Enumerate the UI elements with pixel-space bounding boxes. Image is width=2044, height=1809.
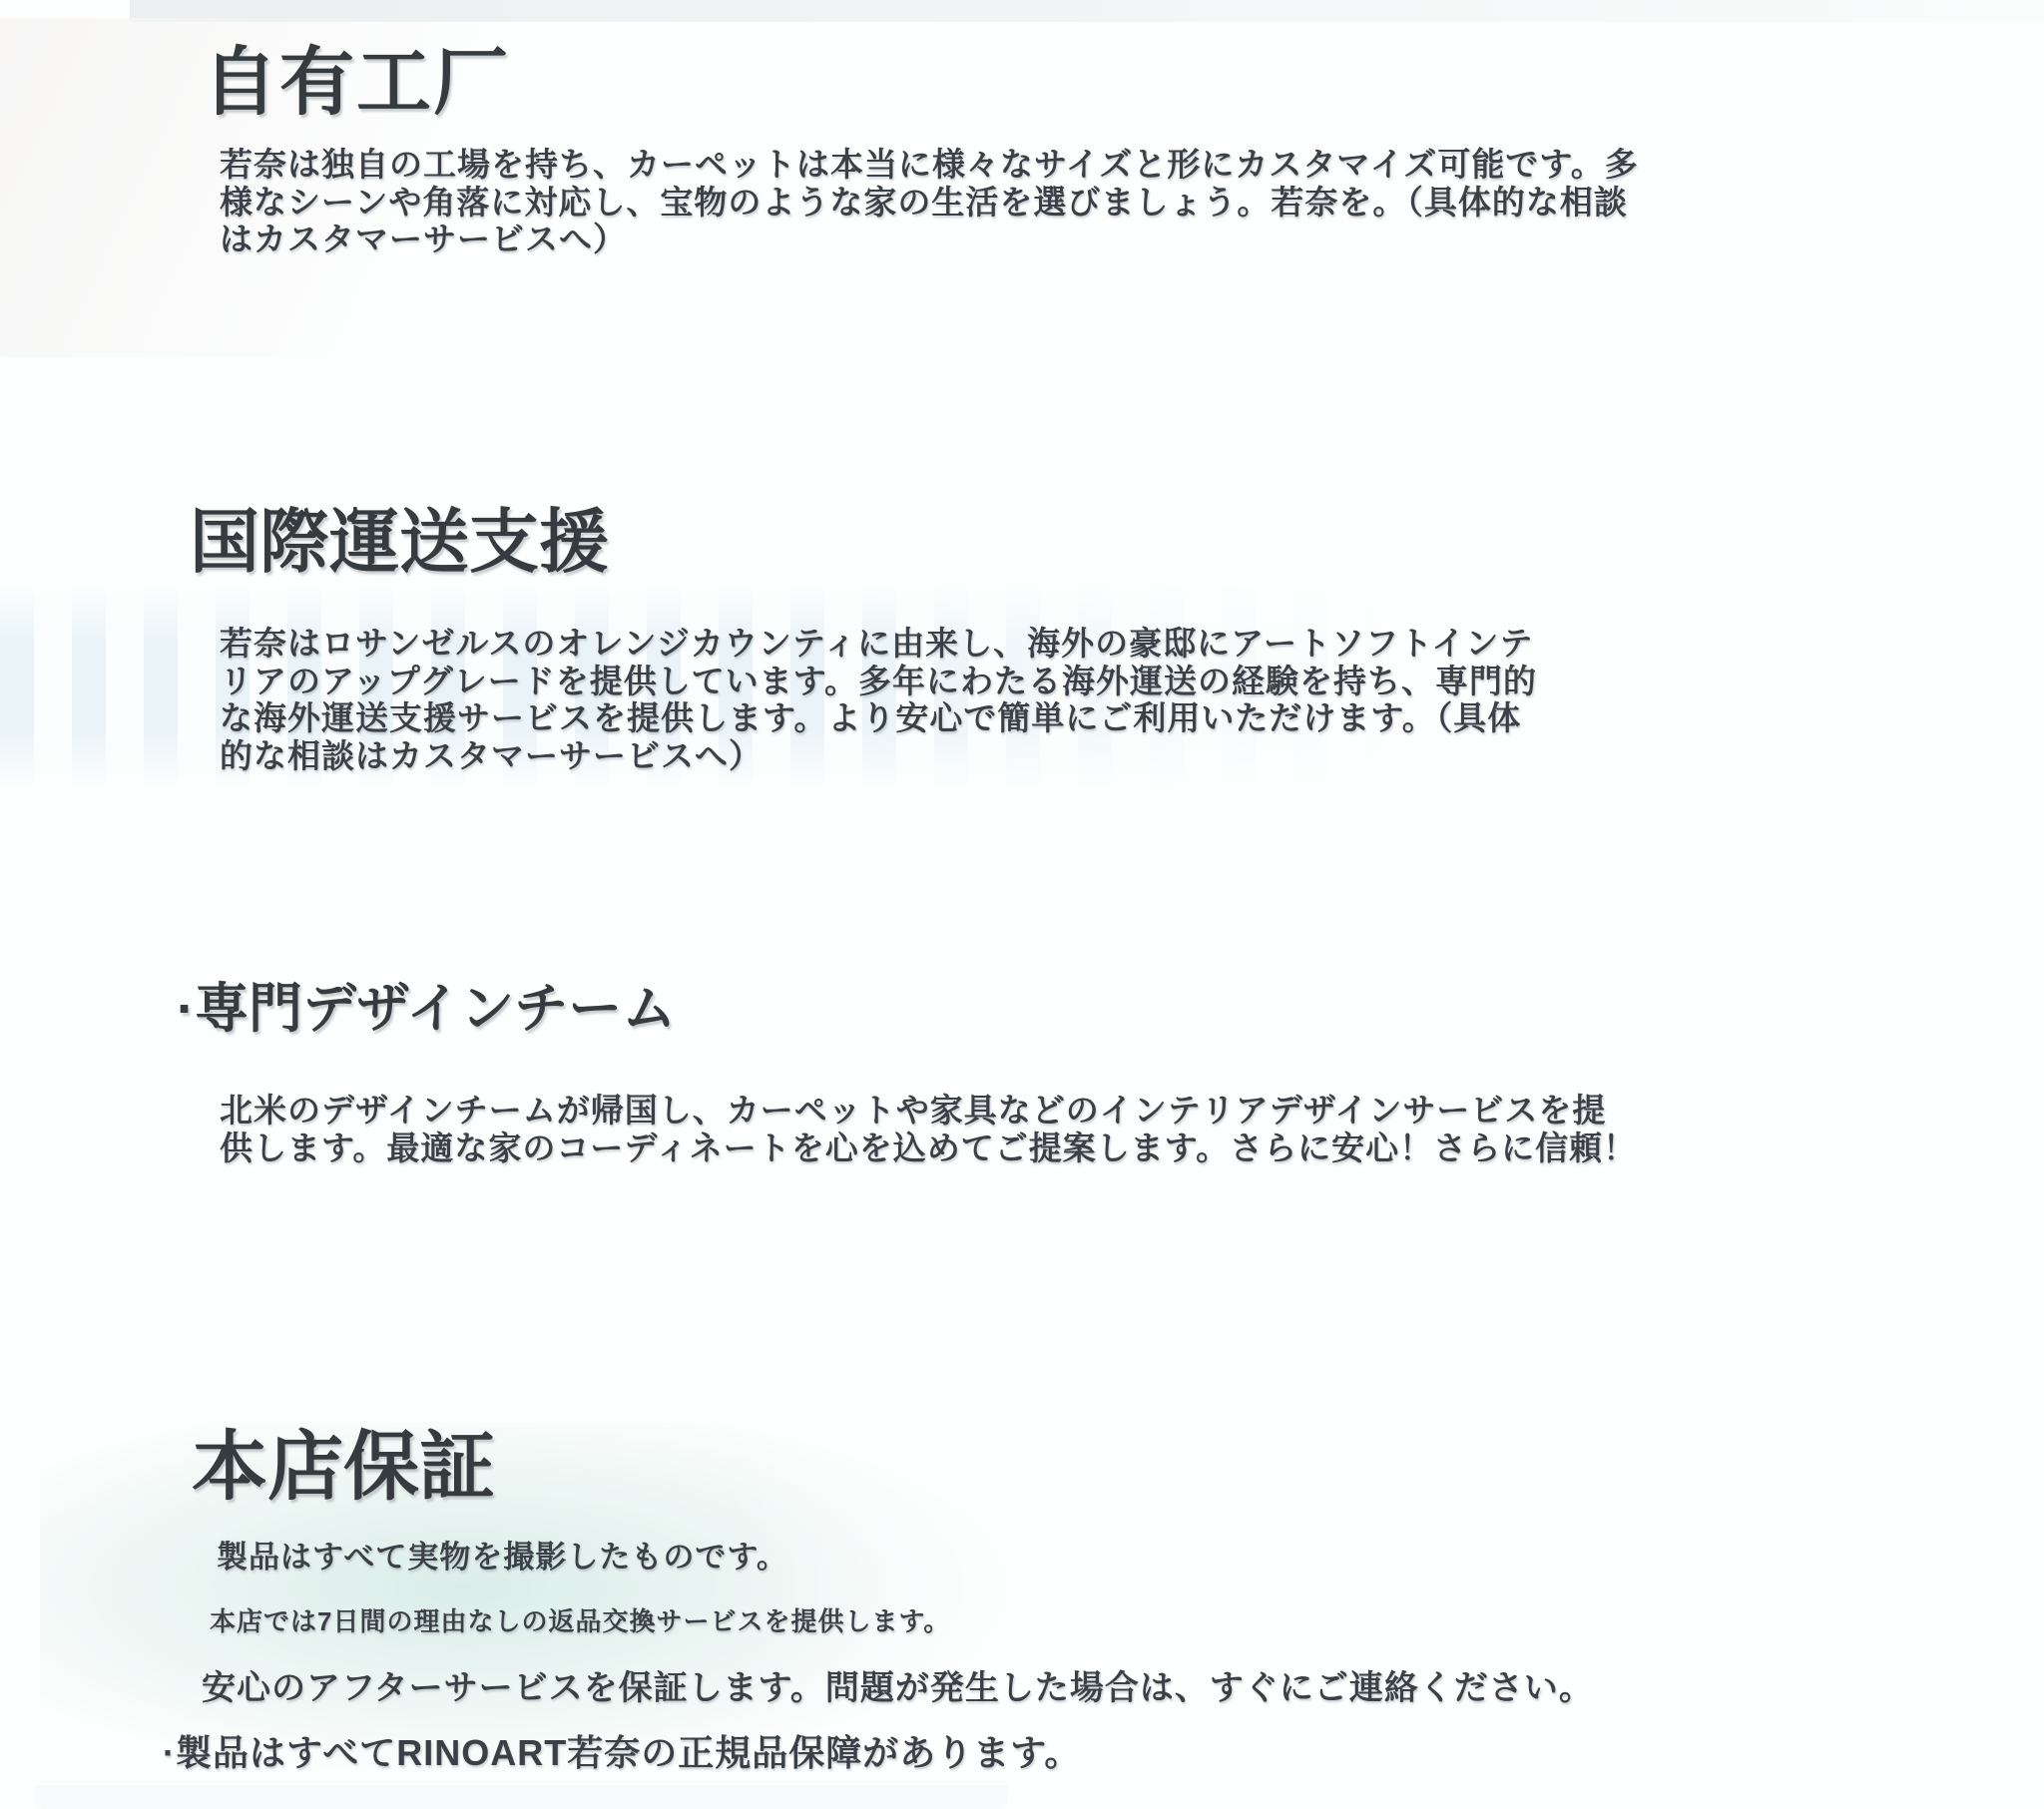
guarantee-authenticity-line: ·製品はすべてRINOART若奈の正規品保障があります。 — [163, 1732, 1081, 1773]
background-card-edge — [35, 1785, 1008, 1809]
background-wash-top-band — [130, 0, 2044, 22]
guarantee-return-policy-line: 本店では7日間の理由なしの返品交換サービスを提供します。 — [210, 1607, 950, 1637]
international-shipping-description: 若奈はロサンゼルスのオレンジカウンティに由来し、海外の豪邸にアートソフトインテ … — [220, 625, 1537, 774]
own-factory-description: 若奈は独自の工場を持ち、カーペットは本当に様々なサイズと形にカスタマイズ可能です… — [220, 146, 1639, 258]
guarantee-after-service-line: 安心のアフターサービスを保証します。問題が発生した場合は、すぐにご連絡ください。 — [202, 1669, 1594, 1708]
design-team-heading: ·専門デザインチーム — [177, 982, 676, 1036]
international-shipping-heading: 国際運送支援 — [190, 507, 609, 577]
product-detail-page: 自有工厂 若奈は独自の工場を持ち、カーペットは本当に様々なサイズと形にカスタマイ… — [0, 0, 2044, 1809]
guarantee-real-photo-line: 製品はすべて実物を撮影したものです。 — [217, 1540, 788, 1576]
own-factory-heading: 自有工厂 — [203, 45, 510, 120]
design-team-description: 北米のデザインチームが帰国し、カーペットや家具などのインテリアデザインサービスを… — [220, 1092, 1637, 1166]
store-guarantee-heading: 本店保証 — [192, 1430, 495, 1506]
